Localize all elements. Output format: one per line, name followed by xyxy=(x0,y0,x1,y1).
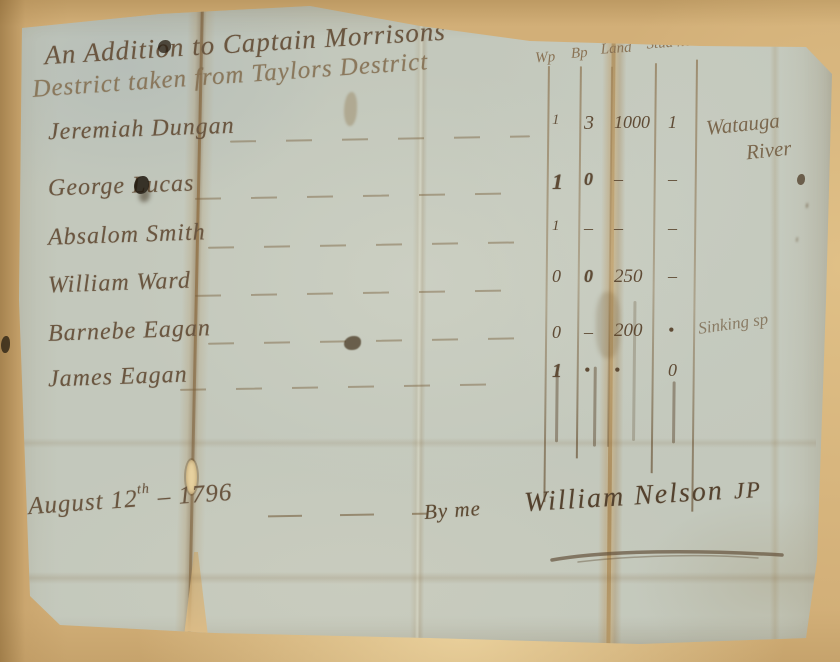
ruled-dashes xyxy=(230,135,530,142)
cell-stud: – xyxy=(668,218,677,239)
cell-wp: 1 xyxy=(552,360,562,383)
cell-bp: • xyxy=(584,360,590,381)
signature-flourish xyxy=(548,546,788,568)
cell-bp: 0 xyxy=(584,266,593,287)
signature-title: JP xyxy=(733,477,763,504)
cell-wp: 0 xyxy=(552,266,561,287)
cell-bp: 3 xyxy=(584,112,594,135)
cell-stud: 1 xyxy=(668,112,677,133)
column-header-white-polls: Wp xyxy=(535,49,556,67)
cell-stud: – xyxy=(668,266,677,287)
cell-land: 1000 xyxy=(614,112,650,133)
footer-date-separator: – xyxy=(157,483,172,511)
ruled-dashes xyxy=(208,241,530,249)
cell-stud: – xyxy=(668,169,677,190)
cell-wp: 1 xyxy=(552,218,560,235)
column-header-black-polls: Bp xyxy=(570,45,588,63)
ruled-dashes xyxy=(195,192,530,200)
cell-bp: – xyxy=(584,322,593,343)
row-name: William Ward xyxy=(48,268,192,300)
cell-stud: 0 xyxy=(668,360,677,381)
cell-land: 250 xyxy=(614,266,643,288)
ruled-dashes xyxy=(180,383,515,391)
row-note-line1: Watauga xyxy=(705,108,781,141)
ruled-dashes xyxy=(195,289,530,297)
table-row: Jeremiah Dungan 1 3 1000 1 Watauga River xyxy=(40,108,835,158)
footer-year: 1796 xyxy=(177,479,233,510)
cell-stud: • xyxy=(668,320,674,341)
footer-attestation: By me xyxy=(423,496,481,525)
crease-stain xyxy=(596,292,620,358)
table-row: George Lucas 1 0 – – xyxy=(40,165,835,215)
cell-wp: 0 xyxy=(552,322,561,343)
cell-bp: 0 xyxy=(584,169,593,190)
row-name: Jeremiah Dungan xyxy=(48,113,236,147)
cell-bp: – xyxy=(584,218,593,239)
cell-land: • xyxy=(614,360,620,381)
table-row: Barnebe Eagan 0 – 200 • Sinking sp xyxy=(40,310,835,360)
cell-wp: 1 xyxy=(552,169,563,195)
cell-land: – xyxy=(614,218,623,239)
cell-land: – xyxy=(614,169,623,190)
scanned-document-page: An Addition to Captain Morrisons Destric… xyxy=(0,0,840,662)
table-row: James Eagan 1 • • 0 xyxy=(40,356,835,406)
paper-sheet: An Addition to Captain Morrisons Destric… xyxy=(0,0,840,662)
row-name: Barnebe Eagan xyxy=(48,315,212,348)
ruled-dashes xyxy=(208,337,523,344)
footer-date-ordinal: th xyxy=(136,481,150,497)
row-name: Absalom Smith xyxy=(48,219,207,251)
table-row: William Ward 0 0 250 – xyxy=(40,262,835,312)
row-note-line2: River xyxy=(745,136,793,166)
row-note-line1: Sinking sp xyxy=(697,309,769,339)
table-row: Absalom Smith 1 – – – xyxy=(40,214,835,264)
cell-wp: 1 xyxy=(552,112,560,129)
row-name: George Lucas xyxy=(48,170,195,202)
row-name: James Eagan xyxy=(48,362,188,394)
